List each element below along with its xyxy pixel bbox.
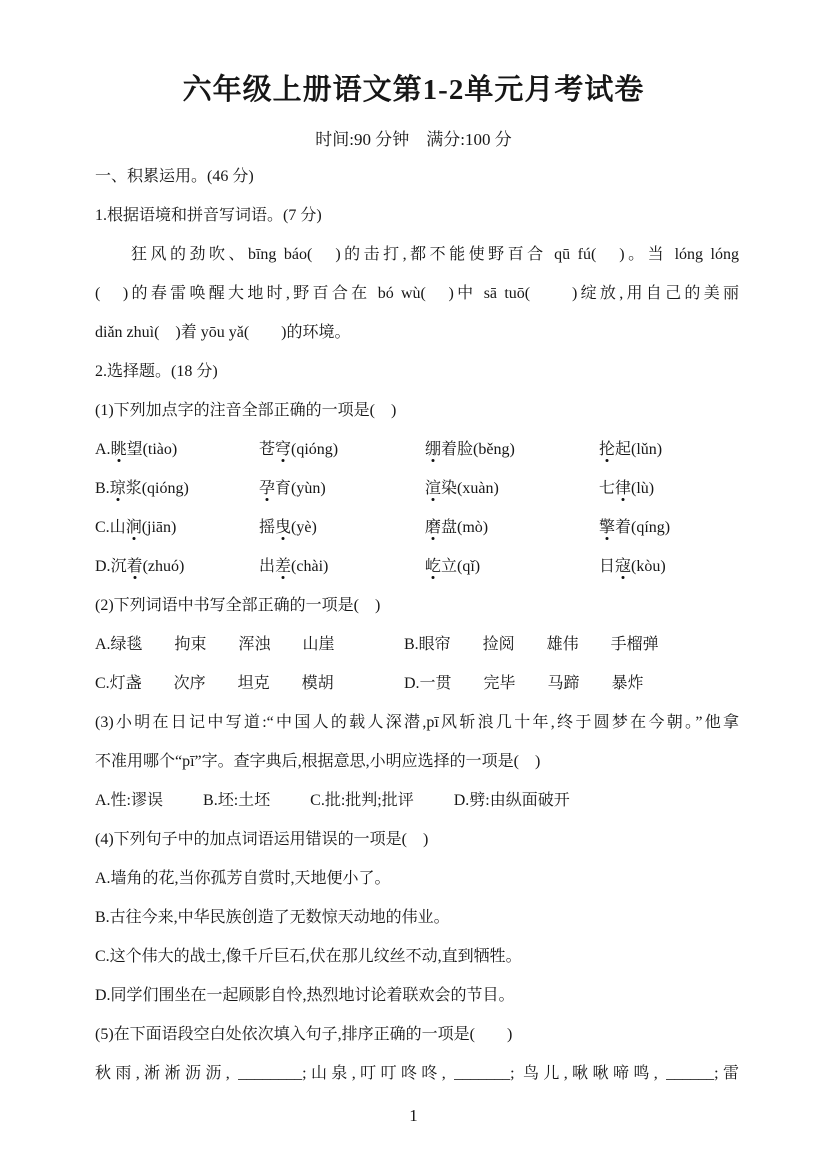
sentence-option-b: B.古往今来,中华民族创造了无数惊天动地的伟业。	[95, 898, 739, 937]
pinyin-option: 日寇(kòu)	[599, 547, 739, 586]
dotted-char: 眺	[111, 441, 127, 458]
word-option-b: B.眼帘 捡阅 雄伟 手榴弹	[404, 625, 739, 664]
word-before: 摇	[259, 519, 275, 536]
word-after: 盘(mò)	[441, 519, 488, 536]
q2-4-stem: (4)下列句子中的加点词语运用错误的一项是( )	[95, 820, 739, 859]
option-label: D.	[95, 558, 111, 575]
q2-stem: 2.选择题。(18 分)	[95, 352, 739, 391]
q1-line-3: diǎn zhuì( )着 yōu yǎ( )的环境。	[95, 313, 739, 352]
pinyin-option: 屹立(qǐ)	[425, 547, 599, 586]
dotted-char: 穹	[275, 441, 291, 458]
pinyin-option: 抡起(lǔn)	[599, 430, 739, 469]
q2-3-options-row: A.性:谬误 B.坯:土坯 C.批:批判;批评 D.劈:由纵面破开	[95, 781, 739, 820]
page-number: 1	[0, 1105, 827, 1127]
q2-2-stem: (2)下列词语中书写全部正确的一项是( )	[95, 586, 739, 625]
dotted-char: 律	[615, 480, 631, 497]
pinyin-option: 磨盘(mò)	[425, 508, 599, 547]
option-label: C.	[95, 519, 110, 536]
dotted-char: 抡	[599, 441, 615, 458]
sentence-option-c: C.这个伟大的战士,像千斤巨石,伏在那儿纹丝不动,直到牺牲。	[95, 937, 739, 976]
word-before: 沉	[111, 558, 127, 575]
pinyin-option: 苍穹(qióng)	[259, 430, 425, 469]
exam-meta: 时间:90 分钟 满分:100 分	[0, 129, 827, 151]
q2-2-options-table: A.绿毯 拘束 浑浊 山崖 B.眼帘 捡阅 雄伟 手榴弹 C.灯盏 次序 坦克 …	[95, 625, 739, 703]
pinyin-option: B.琼浆(qióng)	[95, 469, 259, 508]
option-label: A.	[95, 441, 111, 458]
pinyin-option: 擎着(qíng)	[599, 508, 739, 547]
option-row-ab: A.绿毯 拘束 浑浊 山崖 B.眼帘 捡阅 雄伟 手榴弹	[95, 625, 739, 664]
word-after: (kòu)	[631, 558, 666, 575]
exam-paper-page: 六年级上册语文第1-2单元月考试卷 时间:90 分钟 满分:100 分 一、积累…	[0, 0, 827, 1169]
dotted-char: 曳	[275, 519, 291, 536]
word-before: 日	[599, 558, 615, 575]
exam-body: 一、积累运用。(46 分) 1.根据语境和拼音写词语。(7 分) 狂风的劲吹、b…	[95, 157, 739, 1093]
q2-1-stem: (1)下列加点字的注音全部正确的一项是( )	[95, 391, 739, 430]
dotted-char: 着	[127, 558, 143, 575]
sentence-option-a: A.墙角的花,当你孤芳自赏时,天地便小了。	[95, 859, 739, 898]
option-row-cd: C.灯盏 次序 坦克 模胡 D.一贯 完毕 马蹄 暴炸	[95, 664, 739, 703]
dotted-char: 绷	[425, 441, 441, 458]
dotted-char: 寇	[615, 558, 631, 575]
q1-stem: 1.根据语境和拼音写词语。(7 分)	[95, 196, 739, 235]
word-after: 立(qǐ)	[441, 558, 480, 575]
word-after: (jiān)	[142, 519, 177, 536]
pinyin-option: 摇曳(yè)	[259, 508, 425, 547]
word-after: 育(yùn)	[275, 480, 326, 497]
q1-paragraph: 狂风的劲吹、bīng báo( )的击打,都不能使野百合 qū fú( )。当 …	[95, 235, 739, 352]
dotted-char: 渲	[425, 480, 441, 497]
word-before: 七	[599, 480, 615, 497]
q2-1-options-table: A.眺望(tiào) 苍穹(qióng) 绷着脸(běng) 抡起(lǔn) B…	[95, 430, 739, 586]
q2-3-stem: (3)小明在日记中写道:“中国人的载人深潜,pī风斩浪几十年,终于圆梦在今朝。”…	[95, 703, 739, 781]
q2-5-stem: (5)在下面语段空白处依次填入句子,排序正确的一项是( )	[95, 1015, 739, 1054]
option-row-c: C.山涧(jiān) 摇曳(yè) 磨盘(mò) 擎着(qíng)	[95, 508, 739, 547]
page-title: 六年级上册语文第1-2单元月考试卷	[0, 0, 827, 108]
sentence-option-d: D.同学们围坐在一起顾影自怜,热烈地讨论着联欢会的节目。	[95, 976, 739, 1015]
pinyin-option: 孕育(yùn)	[259, 469, 425, 508]
section1-heading: 一、积累运用。(46 分)	[95, 157, 739, 196]
pinyin-option: 出差(chài)	[259, 547, 425, 586]
word-after: 染(xuàn)	[441, 480, 499, 497]
word-after: 起(lǔn)	[615, 441, 662, 458]
dotted-char: 磨	[425, 519, 441, 536]
q2-3-stem-line-1: (3)小明在日记中写道:“中国人的载人深潜,pī风斩浪几十年,终于圆梦在今朝。”…	[95, 703, 739, 742]
word-after: 着脸(běng)	[441, 441, 515, 458]
pinyin-option: 七律(lù)	[599, 469, 739, 508]
word-before: 出	[259, 558, 275, 575]
word-after: (chài)	[291, 558, 328, 575]
q2-3-stem-line-2: 不准用哪个“pī”字。查字典后,根据意思,小明应选择的一项是( )	[95, 742, 739, 781]
option-row-b: B.琼浆(qióng) 孕育(yùn) 渲染(xuàn) 七律(lù)	[95, 469, 739, 508]
dotted-char: 差	[275, 558, 291, 575]
word-option-d: D.一贯 完毕 马蹄 暴炸	[404, 664, 739, 703]
option-row-d: D.沉着(zhuó) 出差(chài) 屹立(qǐ) 日寇(kòu)	[95, 547, 739, 586]
q2-5-passage-line: 秋雨,淅淅沥沥, ________;山泉,叮叮咚咚, _______; 鸟儿,啾…	[95, 1054, 739, 1093]
dict-option-b: B.坯:土坯	[203, 781, 270, 820]
word-before: 山	[110, 519, 126, 536]
dotted-char: 擎	[599, 519, 615, 536]
option-row-a: A.眺望(tiào) 苍穹(qióng) 绷着脸(běng) 抡起(lǔn)	[95, 430, 739, 469]
pinyin-option: C.山涧(jiān)	[95, 508, 259, 547]
pinyin-option: 绷着脸(běng)	[425, 430, 599, 469]
word-option-c: C.灯盏 次序 坦克 模胡	[95, 664, 404, 703]
dict-option-c: C.批:批判;批评	[310, 781, 414, 820]
dotted-char: 涧	[126, 519, 142, 536]
dotted-char: 屹	[425, 558, 441, 575]
word-option-a: A.绿毯 拘束 浑浊 山崖	[95, 625, 404, 664]
dict-option-a: A.性:谬误	[95, 781, 163, 820]
word-after: 浆(qióng)	[126, 480, 189, 497]
word-before: 苍	[259, 441, 275, 458]
pinyin-option: A.眺望(tiào)	[95, 430, 259, 469]
q1-line-2: ( )的春雷唤醒大地时,野百合在 bó wù( )中 sā tuō( )绽放,用…	[95, 274, 739, 313]
q1-line-1: 狂风的劲吹、bīng báo( )的击打,都不能使野百合 qū fú( )。当 …	[95, 235, 739, 274]
pinyin-option: 渲染(xuàn)	[425, 469, 599, 508]
word-after: (yè)	[291, 519, 317, 536]
word-after: 着(qíng)	[615, 519, 670, 536]
option-label: B.	[95, 480, 110, 497]
dotted-char: 琼	[110, 480, 126, 497]
word-after: (lù)	[631, 480, 654, 497]
dotted-char: 孕	[259, 480, 275, 497]
word-after: 望(tiào)	[127, 441, 178, 458]
pinyin-option: D.沉着(zhuó)	[95, 547, 259, 586]
q2-4-options: A.墙角的花,当你孤芳自赏时,天地便小了。 B.古往今来,中华民族创造了无数惊天…	[95, 859, 739, 1015]
word-after: (zhuó)	[143, 558, 185, 575]
word-after: (qióng)	[291, 441, 338, 458]
dict-option-d: D.劈:由纵面破开	[454, 781, 570, 820]
